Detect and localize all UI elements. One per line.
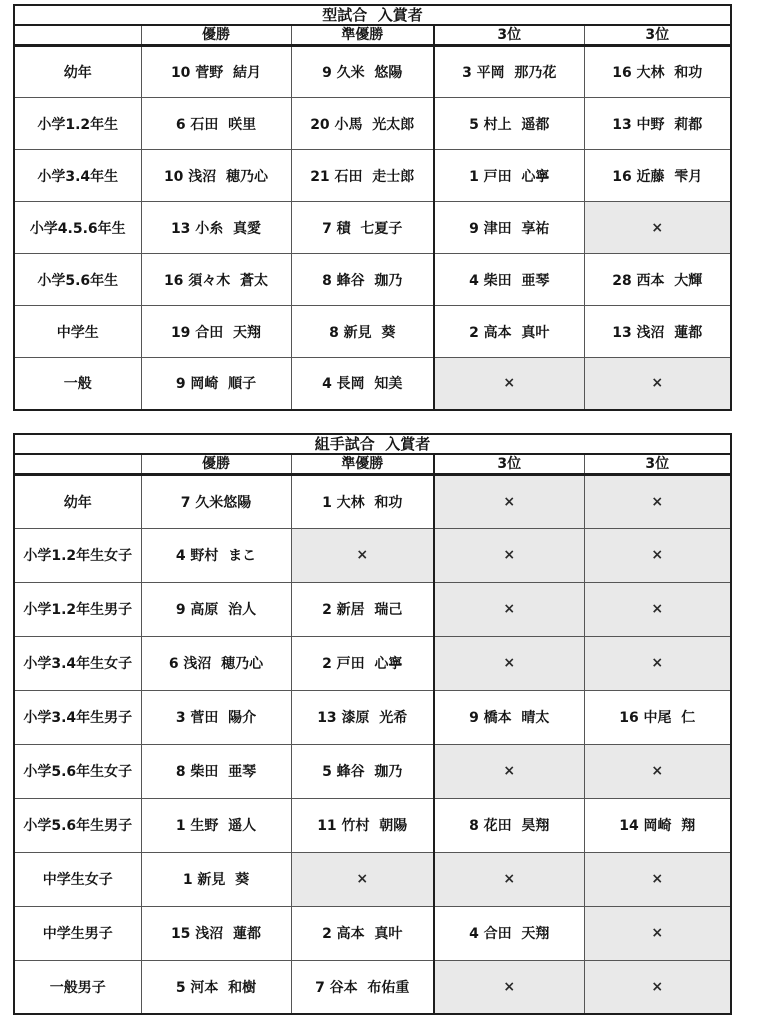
category-cell: 一般 (14, 358, 141, 410)
empty-result-cell: × (584, 906, 731, 960)
result-cell: 8 柴田 亜琴 (141, 744, 291, 798)
empty-result-cell: × (584, 582, 731, 636)
result-cell: 8 新見 葵 (291, 306, 434, 358)
table-header-row: 優勝 準優勝 3位 3位 (14, 25, 731, 46)
table-row: 中学生男子15 浅沼 蓮都2 高本 真叶4 合田 天翔× (14, 906, 731, 960)
column-header-first: 優勝 (141, 454, 291, 475)
result-cell: 5 蜂谷 珈乃 (291, 744, 434, 798)
empty-result-cell: × (584, 358, 731, 410)
result-cell: 28 西本 大輝 (584, 254, 731, 306)
empty-result-cell: × (584, 474, 731, 528)
empty-result-cell: × (584, 202, 731, 254)
result-cell: 2 戸田 心寧 (291, 636, 434, 690)
table-row: 小学3.4年生女子6 浅沼 穂乃心2 戸田 心寧×× (14, 636, 731, 690)
category-cell: 小学1.2年生女子 (14, 528, 141, 582)
result-cell: 2 高本 真叶 (291, 906, 434, 960)
results-sheet: 型試合 入賞者 優勝 準優勝 3位 3位 幼年10 菅野 結月9 久米 悠陽3 … (13, 4, 732, 1015)
result-cell: 20 小馬 光太郎 (291, 98, 434, 150)
empty-result-cell: × (584, 852, 731, 906)
column-header-third-a: 3位 (434, 454, 584, 475)
result-cell: 9 岡崎 順子 (141, 358, 291, 410)
kata-results-table: 型試合 入賞者 優勝 準優勝 3位 3位 幼年10 菅野 結月9 久米 悠陽3 … (13, 4, 732, 411)
category-cell: 小学3.4年生 (14, 150, 141, 202)
result-cell: 1 新見 葵 (141, 852, 291, 906)
table-header-row: 優勝 準優勝 3位 3位 (14, 454, 731, 475)
empty-result-cell: × (434, 474, 584, 528)
result-cell: 4 長岡 知美 (291, 358, 434, 410)
category-cell: 小学3.4年生女子 (14, 636, 141, 690)
table-row: 小学5.6年生16 須々木 蒼太8 蜂谷 珈乃4 柴田 亜琴28 西本 大輝 (14, 254, 731, 306)
empty-result-cell: × (291, 852, 434, 906)
table-title-row: 組手試合 入賞者 (14, 434, 731, 454)
column-header-third-a: 3位 (434, 25, 584, 46)
result-cell: 3 菅田 陽介 (141, 690, 291, 744)
result-cell: 9 橋本 晴太 (434, 690, 584, 744)
table-title: 組手試合 入賞者 (14, 434, 731, 454)
empty-result-cell: × (434, 358, 584, 410)
result-cell: 7 積 七夏子 (291, 202, 434, 254)
result-cell: 10 浅沼 穂乃心 (141, 150, 291, 202)
table-row: 小学1.2年生男子9 高原 治人2 新居 瑞己×× (14, 582, 731, 636)
result-cell: 14 岡崎 翔 (584, 798, 731, 852)
table-row: 中学生女子1 新見 葵××× (14, 852, 731, 906)
category-cell: 小学5.6年生女子 (14, 744, 141, 798)
result-cell: 8 蜂谷 珈乃 (291, 254, 434, 306)
table-row: 小学1.2年生6 石田 咲里20 小馬 光太郎5 村上 遥都13 中野 莉都 (14, 98, 731, 150)
result-cell: 16 大林 和功 (584, 46, 731, 98)
category-cell: 中学生 (14, 306, 141, 358)
result-cell: 1 大林 和功 (291, 474, 434, 528)
category-cell: 小学3.4年生男子 (14, 690, 141, 744)
empty-result-cell: × (584, 636, 731, 690)
column-header-second: 準優勝 (291, 454, 434, 475)
category-cell: 小学1.2年生 (14, 98, 141, 150)
category-cell: 一般男子 (14, 960, 141, 1014)
empty-result-cell: × (434, 960, 584, 1014)
category-cell: 幼年 (14, 46, 141, 98)
empty-result-cell: × (434, 528, 584, 582)
table-row: 小学5.6年生男子1 生野 遥人11 竹村 朝陽8 花田 昊翔14 岡崎 翔 (14, 798, 731, 852)
result-cell: 4 合田 天翔 (434, 906, 584, 960)
table-row: 幼年10 菅野 結月9 久米 悠陽3 平岡 那乃花16 大林 和功 (14, 46, 731, 98)
kumite-results-table: 組手試合 入賞者 優勝 準優勝 3位 3位 幼年7 久米悠陽1 大林 和功××小… (13, 433, 732, 1016)
result-cell: 4 野村 まこ (141, 528, 291, 582)
column-header-category (14, 454, 141, 475)
category-cell: 中学生女子 (14, 852, 141, 906)
column-header-third-b: 3位 (584, 454, 731, 475)
result-cell: 7 久米悠陽 (141, 474, 291, 528)
result-cell: 16 近藤 雫月 (584, 150, 731, 202)
result-cell: 13 小糸 真愛 (141, 202, 291, 254)
empty-result-cell: × (291, 528, 434, 582)
result-cell: 1 生野 遥人 (141, 798, 291, 852)
result-cell: 9 津田 享祐 (434, 202, 584, 254)
category-cell: 小学5.6年生 (14, 254, 141, 306)
empty-result-cell: × (584, 528, 731, 582)
result-cell: 13 中野 莉都 (584, 98, 731, 150)
empty-result-cell: × (434, 852, 584, 906)
result-cell: 9 久米 悠陽 (291, 46, 434, 98)
result-cell: 1 戸田 心寧 (434, 150, 584, 202)
result-cell: 19 合田 天翔 (141, 306, 291, 358)
category-cell: 幼年 (14, 474, 141, 528)
table-row: 小学5.6年生女子8 柴田 亜琴5 蜂谷 珈乃×× (14, 744, 731, 798)
table-row: 小学1.2年生女子4 野村 まこ××× (14, 528, 731, 582)
table-row: 小学4.5.6年生13 小糸 真愛7 積 七夏子9 津田 享祐× (14, 202, 731, 254)
table-row: 中学生19 合田 天翔8 新見 葵2 高本 真叶13 浅沼 蓮都 (14, 306, 731, 358)
table-title-row: 型試合 入賞者 (14, 5, 731, 25)
table-title: 型試合 入賞者 (14, 5, 731, 25)
table-row: 小学3.4年生男子3 菅田 陽介13 漆原 光希9 橋本 晴太16 中尾 仁 (14, 690, 731, 744)
empty-result-cell: × (584, 744, 731, 798)
table-row: 一般男子5 河本 和樹7 谷本 布佑重×× (14, 960, 731, 1014)
result-cell: 6 浅沼 穂乃心 (141, 636, 291, 690)
result-cell: 4 柴田 亜琴 (434, 254, 584, 306)
result-cell: 5 村上 遥都 (434, 98, 584, 150)
table-row: 幼年7 久米悠陽1 大林 和功×× (14, 474, 731, 528)
result-cell: 10 菅野 結月 (141, 46, 291, 98)
category-cell: 中学生男子 (14, 906, 141, 960)
empty-result-cell: × (434, 636, 584, 690)
result-cell: 13 浅沼 蓮都 (584, 306, 731, 358)
category-cell: 小学4.5.6年生 (14, 202, 141, 254)
empty-result-cell: × (434, 582, 584, 636)
result-cell: 21 石田 走士郎 (291, 150, 434, 202)
result-cell: 5 河本 和樹 (141, 960, 291, 1014)
result-cell: 7 谷本 布佑重 (291, 960, 434, 1014)
result-cell: 15 浅沼 蓮都 (141, 906, 291, 960)
column-header-category (14, 25, 141, 46)
empty-result-cell: × (434, 744, 584, 798)
result-cell: 13 漆原 光希 (291, 690, 434, 744)
result-cell: 8 花田 昊翔 (434, 798, 584, 852)
result-cell: 16 中尾 仁 (584, 690, 731, 744)
result-cell: 3 平岡 那乃花 (434, 46, 584, 98)
category-cell: 小学5.6年生男子 (14, 798, 141, 852)
result-cell: 2 高本 真叶 (434, 306, 584, 358)
result-cell: 2 新居 瑞己 (291, 582, 434, 636)
category-cell: 小学1.2年生男子 (14, 582, 141, 636)
column-header-second: 準優勝 (291, 25, 434, 46)
result-cell: 6 石田 咲里 (141, 98, 291, 150)
table-row: 一般9 岡崎 順子4 長岡 知美×× (14, 358, 731, 410)
column-header-third-b: 3位 (584, 25, 731, 46)
column-header-first: 優勝 (141, 25, 291, 46)
result-cell: 16 須々木 蒼太 (141, 254, 291, 306)
result-cell: 11 竹村 朝陽 (291, 798, 434, 852)
table-row: 小学3.4年生10 浅沼 穂乃心21 石田 走士郎1 戸田 心寧16 近藤 雫月 (14, 150, 731, 202)
result-cell: 9 高原 治人 (141, 582, 291, 636)
empty-result-cell: × (584, 960, 731, 1014)
